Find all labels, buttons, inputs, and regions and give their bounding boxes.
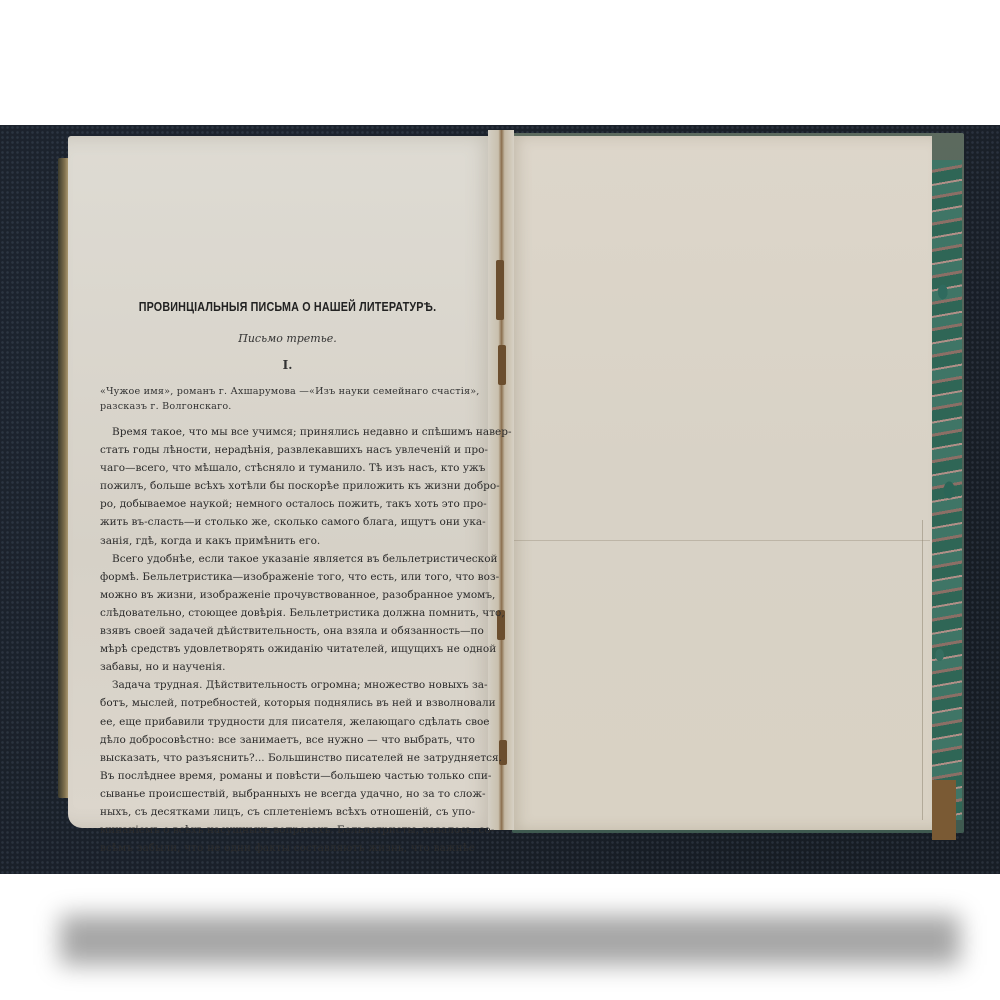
text-line: ныхъ, съ десятками лицъ, съ сплетеніемъ … xyxy=(100,803,475,821)
right-page-blank xyxy=(508,136,932,830)
text-line: Въ послѣднее время, романы и повѣсти—бол… xyxy=(100,767,475,785)
text-line: мѣрѣ средствъ удовлетворять ожиданію чит… xyxy=(100,640,475,658)
text-line: дѣло добросовѣстно: все занимаетъ, все н… xyxy=(100,731,475,749)
text-line: чаго—всего, что мѣшало, стѣсняло и туман… xyxy=(100,459,475,477)
paragraph-2: Всего удобнѣе, если такое указаніе являе… xyxy=(100,550,475,677)
text-line: ро, добываемое наукой; немного осталось … xyxy=(100,495,475,513)
text-line: высказать, что разъяснить?... Большинств… xyxy=(100,749,475,767)
torn-gutter xyxy=(496,260,504,320)
text-line: взявъ своей задачей дѣйствительность, он… xyxy=(100,622,475,640)
epigraph-line: «Чужое имя», романъ г. Ахшарумова —«Изъ … xyxy=(100,384,475,399)
paragraph-1: Время такое, что мы все учимся; принялис… xyxy=(100,423,475,550)
epigraph-line: разсказъ г. Волгонскаго. xyxy=(100,399,475,414)
text-line: можно въ жизни, изображеніе прочувствова… xyxy=(100,586,475,604)
text-line: Задача трудная. Дѣйствительность огромна… xyxy=(100,676,475,694)
text-line: забавы, но и наученія. xyxy=(100,658,475,676)
text-line: Всего удобнѣе, если такое указаніе являе… xyxy=(100,550,475,568)
epigraph: «Чужое имя», романъ г. Ахшарумова —«Изъ … xyxy=(100,384,475,414)
paragraph-3: Задача трудная. Дѣйствительность огромна… xyxy=(100,676,475,857)
text-line: жить въ-сласть—и столько же, сколько сам… xyxy=(100,513,475,531)
text-line: занія, гдѣ, когда и какъ примѣнить его. xyxy=(100,532,475,550)
leather-corner xyxy=(932,780,956,840)
left-page-text: ПРОВИНЦІАЛЬНЫЯ ПИСЬМА О НАШЕЙ ЛИТЕРАТУРѢ… xyxy=(100,300,475,857)
page-fold-line xyxy=(510,540,930,541)
section-numeral: I. xyxy=(100,358,475,372)
book-shadow xyxy=(60,915,960,965)
letter-subtitle: Письмо третье. xyxy=(100,332,475,345)
text-line: слѣдовательно, стоющее довѣрія. Бельлетр… xyxy=(100,604,475,622)
text-line: стать годы лѣности, нерадѣнія, развлекав… xyxy=(100,441,475,459)
marbled-cover-edge xyxy=(930,160,962,820)
text-line: пожилъ, больше всѣхъ хотѣли бы поскорѣе … xyxy=(100,477,475,495)
text-line: Время такое, что мы все учимся; принялис… xyxy=(100,423,475,441)
article-title: ПРОВИНЦІАЛЬНЫЯ ПИСЬМА О НАШЕЙ ЛИТЕРАТУРѢ… xyxy=(126,300,449,314)
text-line: ботъ, мыслей, потребностей, которыя подн… xyxy=(100,694,475,712)
text-line: формѣ. Бельлетристика—изображеніе того, … xyxy=(100,568,475,586)
text-line: ее, еще прибавили трудности для писателя… xyxy=(100,713,475,731)
text-line: всѣмъ забыли, что не одни факты составля… xyxy=(100,839,475,857)
page-edge-line xyxy=(922,520,923,820)
text-line: сыванье происшествій, выбранныхъ не всег… xyxy=(100,785,475,803)
text-line: минаніемъ о всѣхъ насущныхъ вопросахъ. Б… xyxy=(100,821,475,839)
torn-gutter xyxy=(498,345,506,385)
